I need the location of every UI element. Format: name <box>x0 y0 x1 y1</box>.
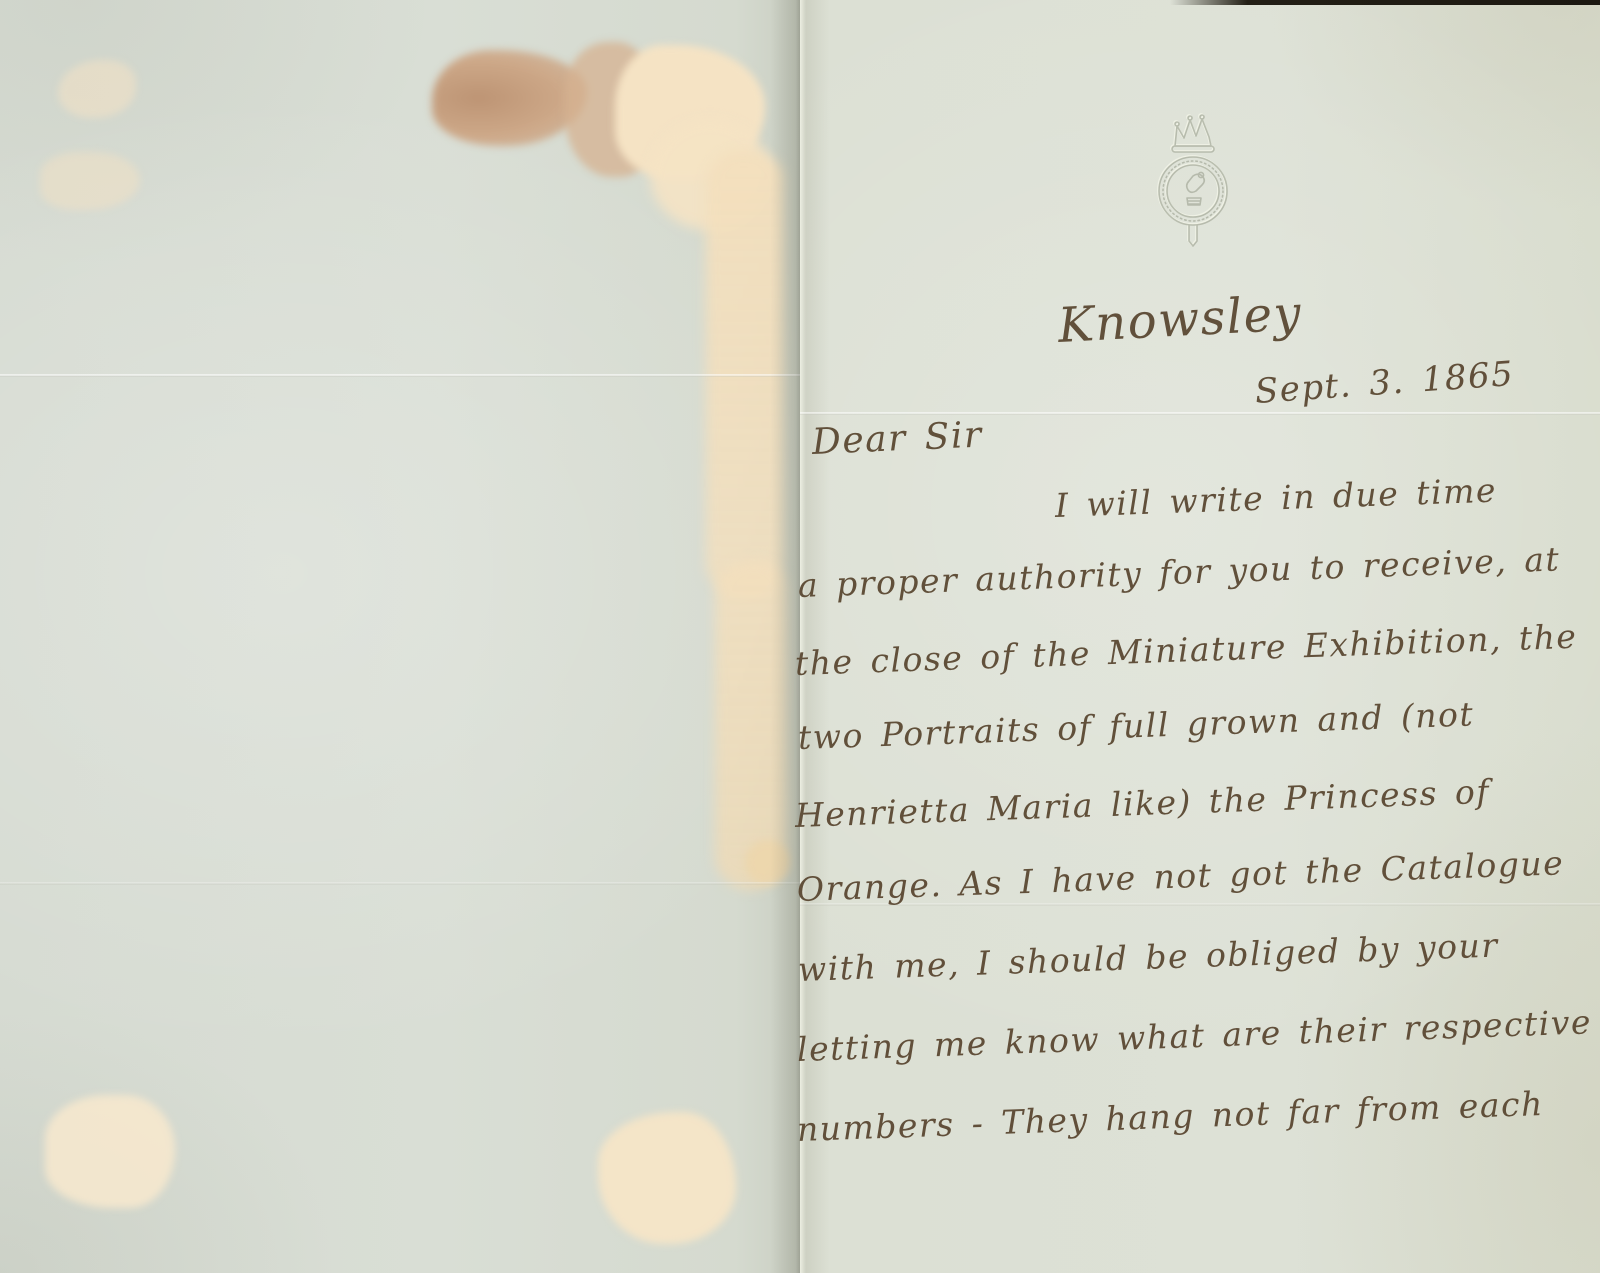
letter-salutation: Dear Sir <box>811 415 983 463</box>
scanned-letter: { "document": { "kind": "handwritten-let… <box>0 0 1600 1273</box>
scanner-background-edge <box>1170 0 1600 5</box>
stain-spot <box>40 152 140 210</box>
horizontal-fold <box>0 882 800 885</box>
horizontal-fold <box>0 374 800 377</box>
embossed-coronet-garter-eagle-crest-icon <box>1143 106 1243 251</box>
fold-gutter-shadow <box>770 0 800 1273</box>
blank-left-page <box>0 0 800 1273</box>
horizontal-fold <box>800 412 1600 415</box>
stain-bottom-left <box>45 1095 175 1208</box>
stain-spot <box>58 60 136 118</box>
stain-bottom-centre <box>598 1112 736 1244</box>
stain-dark-blotch <box>432 50 587 146</box>
